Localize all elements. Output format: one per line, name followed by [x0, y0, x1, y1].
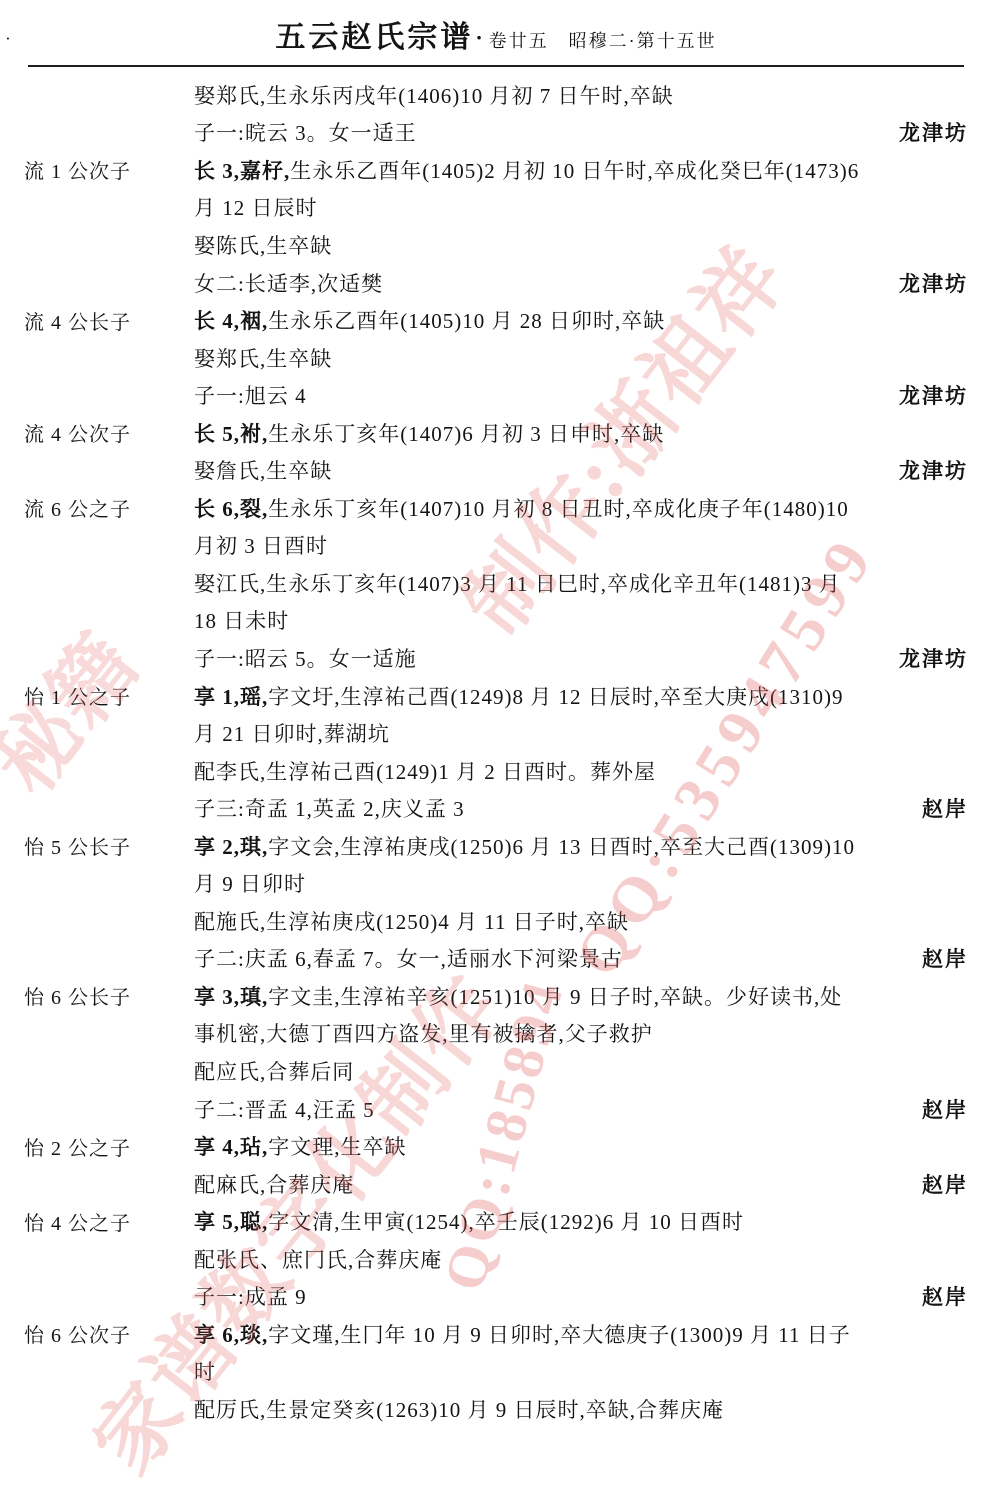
- lineage-label: 流 6 公之子: [0, 493, 194, 522]
- entry-body: 月 21 日卯时,葬湖坑: [194, 722, 390, 746]
- genealogy-row: 女二:长适李,次适樊 龙津坊: [0, 264, 992, 302]
- genealogy-row: 流 4 公长子 长 4,裀,生永乐乙酉年(1405)10 月 28 日卯时,卒缺: [0, 301, 992, 339]
- genealogy-row: 流 4 公次子 长 5,袝,生永乐丁亥年(1407)6 月初 3 日申时,卒缺: [0, 414, 992, 452]
- lineage-label: 流 4 公次子: [0, 418, 194, 447]
- genealogy-row: 子一:昭云 5。女一适施 龙津坊: [0, 639, 992, 677]
- residence-label: 龙津坊: [899, 380, 992, 410]
- entry-body: 子一:晥云 3。女一适王: [194, 121, 417, 145]
- person-name: 享 6,琰,: [194, 1323, 268, 1347]
- entry-body: 配张氏、庶冂氏,合葬庆庵: [194, 1248, 442, 1272]
- residence-label: 赵岸: [922, 793, 992, 823]
- genealogy-rows: 娶郑氏,生永乐丙戌年(1406)10 月初 7 日午时,卒缺 子一:晥云 3。女…: [0, 76, 992, 1428]
- genealogy-page: { "header": { "title": "五云赵氏宗谱", "separa…: [0, 0, 992, 1512]
- entry-text: 子一:成孟 9: [194, 1281, 922, 1311]
- entry-text: 月 12 日辰时: [194, 192, 968, 222]
- entry-text: 18 日未时: [194, 605, 968, 635]
- entry-body: 配应氏,合葬后同: [194, 1060, 354, 1084]
- entry-body: 子二:晋孟 4,汪孟 5: [194, 1098, 375, 1122]
- genealogy-row: 怡 5 公长子 享 2,琪,字文会,生淳祐庚戌(1250)6 月 13 日酉时,…: [0, 827, 992, 865]
- page-number: · 51 ·: [0, 29, 946, 49]
- entry-text: 配麻氏,合葬庆庵: [194, 1169, 922, 1199]
- entry-text: 时: [194, 1356, 968, 1386]
- genealogy-row: 配应氏,合葬后同: [0, 1052, 992, 1090]
- entry-text: 月 9 日卯时: [194, 868, 968, 898]
- genealogy-row: 配厉氏,生景定癸亥(1263)10 月 9 日辰时,卒缺,合葬庆庵: [0, 1390, 992, 1428]
- lineage-label: 怡 6 公长子: [0, 981, 194, 1010]
- lineage-label: 流 4 公长子: [0, 306, 194, 335]
- entry-text: 月初 3 日酉时: [194, 530, 968, 560]
- genealogy-row: 娶郑氏,生永乐丙戌年(1406)10 月初 7 日午时,卒缺: [0, 76, 992, 114]
- entry-body: 月初 3 日酉时: [194, 534, 328, 558]
- entry-text: 女二:长适李,次适樊: [194, 268, 899, 298]
- entry-body: 字文瑾,生冂年 10 月 9 日卯时,卒大德庚子(1300)9 月 11 日子: [268, 1323, 850, 1347]
- entry-text: 子一:昭云 5。女一适施: [194, 643, 899, 673]
- entry-text: 享 6,琰,字文瑾,生冂年 10 月 9 日卯时,卒大德庚子(1300)9 月 …: [194, 1319, 968, 1349]
- entry-body: 生永乐丁亥年(1407)6 月初 3 日申时,卒缺: [268, 422, 664, 446]
- genealogy-row: 子二:晋孟 4,汪孟 5 赵岸: [0, 1090, 992, 1128]
- entry-text: 娶江氏,生永乐丁亥年(1407)3 月 11 日巳时,卒成化辛丑年(1481)3…: [194, 568, 968, 598]
- entry-text: 娶郑氏,生永乐丙戌年(1406)10 月初 7 日午时,卒缺: [194, 80, 968, 110]
- genealogy-row: 月 21 日卯时,葬湖坑: [0, 714, 992, 752]
- entry-body: 18 日未时: [194, 609, 289, 633]
- entry-text: 娶詹氏,生卒缺: [194, 455, 899, 485]
- person-name: 享 2,琪,: [194, 835, 268, 859]
- entry-body: 时: [194, 1360, 216, 1384]
- lineage-label: 怡 2 公之子: [0, 1132, 194, 1161]
- entry-body: 生永乐乙酉年(1405)2 月初 10 日午时,卒成化癸巳年(1473)6: [290, 159, 859, 183]
- entry-body: 子一:旭云 4: [194, 384, 307, 408]
- lineage-label: 怡 6 公次子: [0, 1319, 194, 1348]
- person-name: 享 5,聪,: [194, 1210, 268, 1234]
- genealogy-row: 怡 2 公之子 享 4,玷,字文理,生卒缺: [0, 1127, 992, 1165]
- entry-body: 配麻氏,合葬庆庵: [194, 1173, 354, 1197]
- genealogy-row: 事机密,大德丁酉四方盗发,里有被擒者,父子救护: [0, 1015, 992, 1053]
- entry-body: 字文清,生甲寅(1254),卒壬辰(1292)6 月 10 日酉时: [268, 1210, 744, 1234]
- genealogy-row: 月 12 日辰时: [0, 189, 992, 227]
- entry-text: 长 3,嘉杍,生永乐乙酉年(1405)2 月初 10 日午时,卒成化癸巳年(14…: [194, 155, 968, 185]
- entry-body: 子一:成孟 9: [194, 1285, 307, 1309]
- genealogy-row: 月初 3 日酉时: [0, 527, 992, 565]
- residence-label: 赵岸: [922, 1094, 992, 1124]
- entry-text: 长 6,裂,生永乐丁亥年(1407)10 月初 8 日丑时,卒成化庚子年(148…: [194, 493, 968, 523]
- entry-text: 配施氏,生淳祐庚戌(1250)4 月 11 日子时,卒缺: [194, 906, 968, 936]
- entry-body: 娶郑氏,生永乐丙戌年(1406)10 月初 7 日午时,卒缺: [194, 84, 674, 108]
- genealogy-row: 娶詹氏,生卒缺 龙津坊: [0, 451, 992, 489]
- genealogy-row: 18 日未时: [0, 602, 992, 640]
- entry-body: 月 9 日卯时: [194, 872, 306, 896]
- genealogy-row: 月 9 日卯时: [0, 864, 992, 902]
- genealogy-row: 娶陈氏,生卒缺: [0, 226, 992, 264]
- genealogy-row: 怡 6 公次子 享 6,琰,字文瑾,生冂年 10 月 9 日卯时,卒大德庚子(1…: [0, 1315, 992, 1353]
- entry-body: 女二:长适李,次适樊: [194, 272, 383, 296]
- lineage-label: 怡 1 公之子: [0, 681, 194, 710]
- residence-label: 赵岸: [922, 943, 992, 973]
- residence-label: 龙津坊: [899, 643, 992, 673]
- genealogy-row: 子一:旭云 4 龙津坊: [0, 376, 992, 414]
- entry-text: 配张氏、庶冂氏,合葬庆庵: [194, 1244, 968, 1274]
- genealogy-row: 娶江氏,生永乐丁亥年(1407)3 月 11 日巳时,卒成化辛丑年(1481)3…: [0, 564, 992, 602]
- entry-text: 享 5,聪,字文清,生甲寅(1254),卒壬辰(1292)6 月 10 日酉时: [194, 1206, 968, 1236]
- entry-body: 娶陈氏,生卒缺: [194, 234, 332, 258]
- entry-text: 子二:庆孟 6,春孟 7。女一,适丽水下河梁景古: [194, 943, 922, 973]
- genealogy-row: 配李氏,生淳祐己酉(1249)1 月 2 日酉时。葬外屋: [0, 752, 992, 790]
- entry-body: 娶江氏,生永乐丁亥年(1407)3 月 11 日巳时,卒成化辛丑年(1481)3…: [194, 572, 841, 596]
- genealogy-row: 子一:成孟 9 赵岸: [0, 1278, 992, 1316]
- entry-body: 娶詹氏,生卒缺: [194, 459, 332, 483]
- entry-body: 配施氏,生淳祐庚戌(1250)4 月 11 日子时,卒缺: [194, 910, 629, 934]
- person-name: 长 4,裀,: [194, 309, 268, 333]
- entry-text: 子三:奇孟 1,英孟 2,庆义孟 3: [194, 793, 922, 823]
- entry-text: 子一:晥云 3。女一适王: [194, 117, 899, 147]
- entry-text: 事机密,大德丁酉四方盗发,里有被擒者,父子救护: [194, 1018, 968, 1048]
- entry-text: 长 5,袝,生永乐丁亥年(1407)6 月初 3 日申时,卒缺: [194, 418, 968, 448]
- entry-text: 享 1,瑶,字文圩,生淳祐己酉(1249)8 月 12 日辰时,卒至大庚戌(13…: [194, 681, 968, 711]
- entry-body: 娶郑氏,生卒缺: [194, 347, 332, 371]
- entry-text: 配应氏,合葬后同: [194, 1056, 968, 1086]
- entry-body: 子二:庆孟 6,春孟 7。女一,适丽水下河梁景古: [194, 947, 623, 971]
- entry-body: 子三:奇孟 1,英孟 2,庆义孟 3: [194, 797, 465, 821]
- genealogy-row: 流 6 公之子 长 6,裂,生永乐丁亥年(1407)10 月初 8 日丑时,卒成…: [0, 489, 992, 527]
- genealogy-row: 子一:晥云 3。女一适王 龙津坊: [0, 114, 992, 152]
- entry-body: 配厉氏,生景定癸亥(1263)10 月 9 日辰时,卒缺,合葬庆庵: [194, 1398, 724, 1422]
- entry-body: 字文会,生淳祐庚戌(1250)6 月 13 日酉时,卒至大己酉(1309)10: [268, 835, 855, 859]
- entry-body: 字文圭,生淳祐辛亥(1251)10 月 9 日子时,卒缺。少好读书,处: [268, 985, 842, 1009]
- entry-text: 配厉氏,生景定癸亥(1263)10 月 9 日辰时,卒缺,合葬庆庵: [194, 1394, 968, 1424]
- genealogy-row: 怡 4 公之子 享 5,聪,字文清,生甲寅(1254),卒壬辰(1292)6 月…: [0, 1202, 992, 1240]
- genealogy-row: 子二:庆孟 6,春孟 7。女一,适丽水下河梁景古 赵岸: [0, 940, 992, 978]
- header-rule: [28, 65, 964, 67]
- entry-text: 享 2,琪,字文会,生淳祐庚戌(1250)6 月 13 日酉时,卒至大己酉(13…: [194, 831, 968, 861]
- person-name: 长 3,嘉杍,: [194, 159, 290, 183]
- entry-text: 月 21 日卯时,葬湖坑: [194, 718, 968, 748]
- entry-body: 子一:昭云 5。女一适施: [194, 647, 417, 671]
- genealogy-row: 子三:奇孟 1,英孟 2,庆义孟 3 赵岸: [0, 789, 992, 827]
- entry-body: 配李氏,生淳祐己酉(1249)1 月 2 日酉时。葬外屋: [194, 760, 656, 784]
- entry-text: 娶郑氏,生卒缺: [194, 343, 968, 373]
- lineage-label: 怡 5 公长子: [0, 831, 194, 860]
- lineage-label: 流 1 公次子: [0, 155, 194, 184]
- residence-label: 龙津坊: [899, 455, 992, 485]
- entry-body: 字文理,生卒缺: [268, 1135, 406, 1159]
- entry-text: 子二:晋孟 4,汪孟 5: [194, 1094, 922, 1124]
- residence-label: 龙津坊: [899, 117, 992, 147]
- person-name: 长 6,裂,: [194, 497, 268, 521]
- genealogy-row: 流 1 公次子 长 3,嘉杍,生永乐乙酉年(1405)2 月初 10 日午时,卒…: [0, 151, 992, 189]
- residence-label: 赵岸: [922, 1169, 992, 1199]
- entry-body: 生永乐乙酉年(1405)10 月 28 日卯时,卒缺: [268, 309, 665, 333]
- entry-text: 享 3,瑱,字文圭,生淳祐辛亥(1251)10 月 9 日子时,卒缺。少好读书,…: [194, 981, 968, 1011]
- genealogy-row: 配张氏、庶冂氏,合葬庆庵: [0, 1240, 992, 1278]
- genealogy-row: 娶郑氏,生卒缺: [0, 339, 992, 377]
- genealogy-row: 配麻氏,合葬庆庵 赵岸: [0, 1165, 992, 1203]
- person-name: 享 3,瑱,: [194, 985, 268, 1009]
- lineage-label: 怡 4 公之子: [0, 1207, 194, 1236]
- genealogy-row: 时: [0, 1353, 992, 1391]
- entry-body: 月 12 日辰时: [194, 196, 318, 220]
- entry-text: 配李氏,生淳祐己酉(1249)1 月 2 日酉时。葬外屋: [194, 756, 968, 786]
- person-name: 享 4,玷,: [194, 1135, 268, 1159]
- entry-body: 事机密,大德丁酉四方盗发,里有被擒者,父子救护: [194, 1022, 653, 1046]
- entry-text: 享 4,玷,字文理,生卒缺: [194, 1131, 968, 1161]
- entry-text: 子一:旭云 4: [194, 380, 899, 410]
- genealogy-row: 怡 6 公长子 享 3,瑱,字文圭,生淳祐辛亥(1251)10 月 9 日子时,…: [0, 977, 992, 1015]
- genealogy-row: 怡 1 公之子 享 1,瑶,字文圩,生淳祐己酉(1249)8 月 12 日辰时,…: [0, 677, 992, 715]
- entry-body: 生永乐丁亥年(1407)10 月初 8 日丑时,卒成化庚子年(1480)10: [268, 497, 848, 521]
- person-name: 长 5,袝,: [194, 422, 268, 446]
- entry-text: 长 4,裀,生永乐乙酉年(1405)10 月 28 日卯时,卒缺: [194, 305, 968, 335]
- person-name: 享 1,瑶,: [194, 685, 268, 709]
- genealogy-row: 配施氏,生淳祐庚戌(1250)4 月 11 日子时,卒缺: [0, 902, 992, 940]
- residence-label: 赵岸: [922, 1281, 992, 1311]
- entry-body: 字文圩,生淳祐己酉(1249)8 月 12 日辰时,卒至大庚戌(1310)9: [268, 685, 843, 709]
- entry-text: 娶陈氏,生卒缺: [194, 230, 968, 260]
- residence-label: 龙津坊: [899, 268, 992, 298]
